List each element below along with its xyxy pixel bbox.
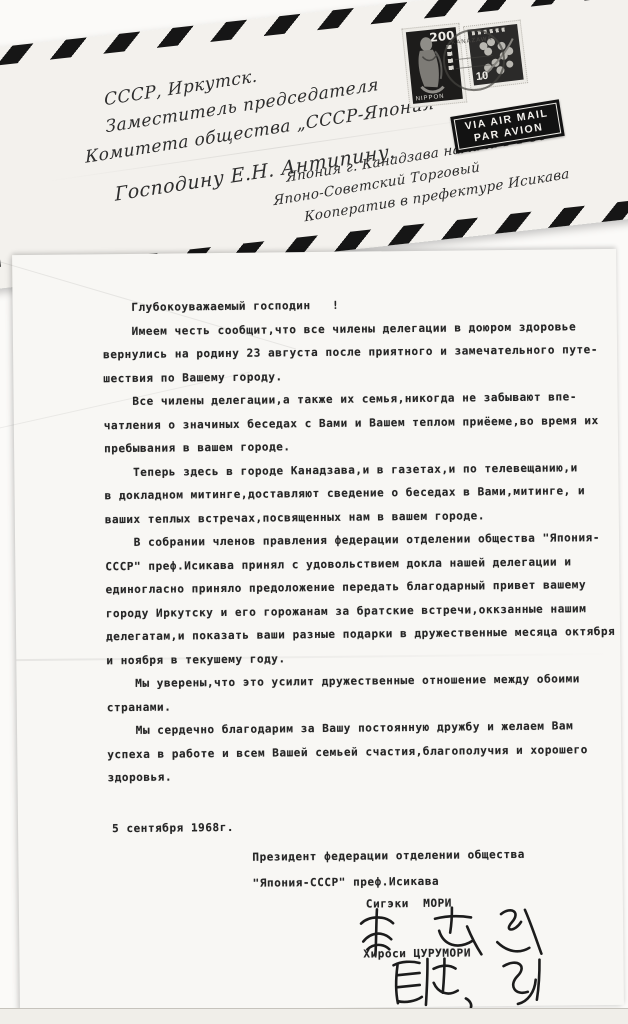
letter-date: 5 сентября 1968г. (112, 821, 234, 835)
letter-page: Глубокоуважаемый господин ! Имеем честь … (12, 249, 624, 1011)
scan-edge-strip (0, 1008, 628, 1024)
kanji-signature-tsurumori (381, 950, 557, 1012)
postmark-city: KANAZAWA (443, 35, 501, 47)
scanned-document: СССР, Иркутск.Заместитель председателяКо… (0, 0, 628, 1024)
signature-title-line1: Президент федерации отделении общества (252, 848, 525, 864)
via-air-mail-label: VIA AIR MAIL PAR AVION (450, 99, 565, 153)
stamp-area: 200 NIPPON (400, 0, 628, 160)
postmark-date-bars (455, 55, 494, 69)
airmail-envelope: СССР, Иркутск.Заместитель председателяКо… (0, 0, 628, 290)
letter-body: Глубокоуважаемый господин ! Имеем честь … (102, 291, 616, 790)
signature-title-line2: "Япония-СССР" преф.Исикава (253, 875, 440, 890)
